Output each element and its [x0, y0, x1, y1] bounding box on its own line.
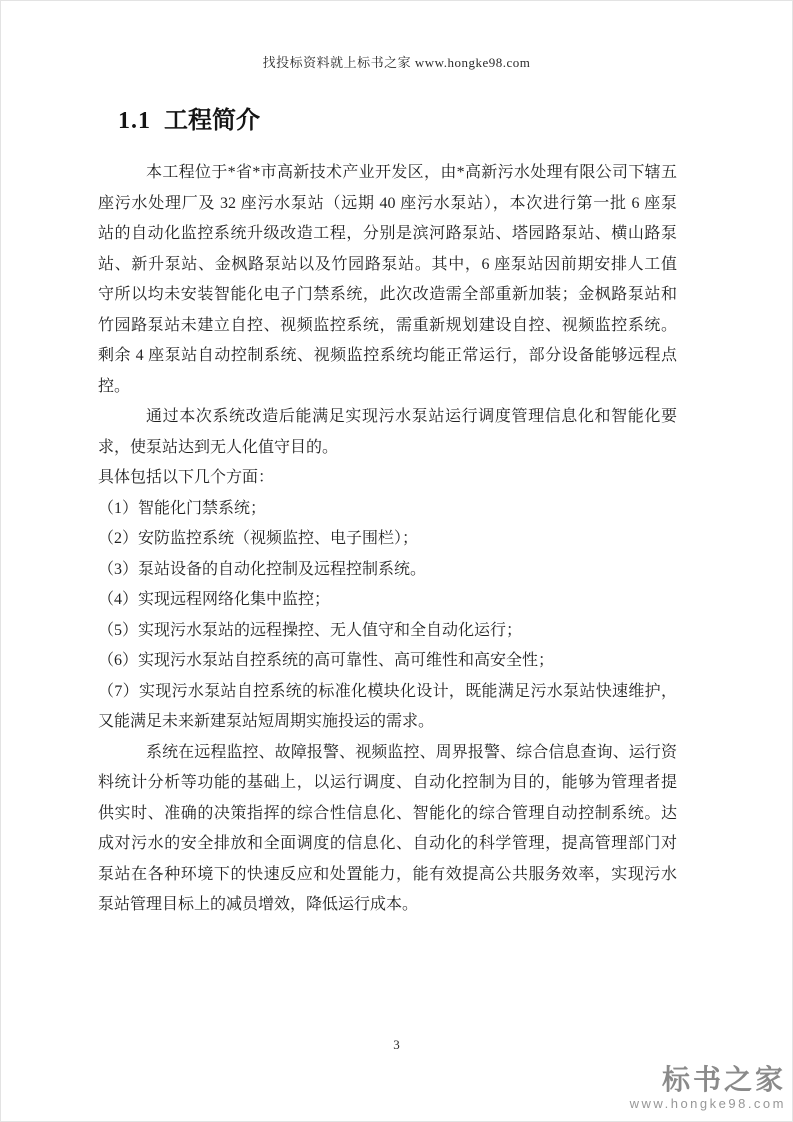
- section-heading: 1.1工程简介: [118, 100, 260, 135]
- body-line: 站、新升泵站、金枫路泵站以及竹园路泵站。其中，6 座泵站因前期安排人工值: [98, 250, 677, 281]
- body-line: 通过本次系统改造后能满足实现污水泵站运行调度管理信息化和智能化要: [98, 402, 677, 433]
- body-line: 剩余 4 座泵站自动控制系统、视频监控系统均能正常运行，部分设备能够远程点: [98, 341, 677, 372]
- body-line: （1）智能化门禁系统；: [98, 494, 677, 525]
- body-line: 系统在远程监控、故障报警、视频监控、周界报警、综合信息查询、运行资: [98, 738, 677, 769]
- body-line: 又能满足未来新建泵站短周期实施投运的需求。: [98, 707, 677, 738]
- body-text: 本工程位于*省*市高新技术产业开发区，由*高新污水处理有限公司下辖五座污水处理厂…: [98, 158, 677, 921]
- body-line: 座污水处理厂及 32 座污水泵站（远期 40 座污水泵站），本次进行第一批 6 …: [98, 189, 677, 220]
- body-line: 泵站管理目标上的减员增效，降低运行成本。: [98, 890, 677, 921]
- body-line: （6）实现污水泵站自控系统的高可靠性、高可维性和高安全性；: [98, 646, 677, 677]
- body-line: 求，使泵站达到无人化值守目的。: [98, 433, 677, 464]
- watermark: 标书之家 www.hongke98.com: [630, 1065, 786, 1111]
- body-line: 泵站在各种环境下的快速反应和处置能力，能有效提高公共服务效率，实现污水: [98, 860, 677, 891]
- body-line: 竹园路泵站未建立自控、视频监控系统，需重新规划建设自控、视频监控系统。: [98, 311, 677, 342]
- body-line: （3）泵站设备的自动化控制及远程控制系统。: [98, 555, 677, 586]
- body-line: 具体包括以下几个方面：: [98, 463, 677, 494]
- body-line: 控。: [98, 372, 677, 403]
- document-page: 找投标资料就上标书之家 www.hongke98.com 1.1工程简介 本工程…: [0, 0, 793, 1122]
- watermark-logo-text: 标书之家: [630, 1065, 786, 1094]
- body-line: 料统计分析等功能的基础上，以运行调度、自动化控制为目的，能够为管理者提: [98, 768, 677, 799]
- section-title-text: 工程简介: [164, 108, 260, 134]
- watermark-url: www.hongke98.com: [630, 1096, 786, 1111]
- body-line: （2）安防监控系统（视频监控、电子围栏）；: [98, 524, 677, 555]
- body-line: 本工程位于*省*市高新技术产业开发区，由*高新污水处理有限公司下辖五: [98, 158, 677, 189]
- body-line: 供实时、准确的决策指挥的综合性信息化、智能化的综合管理自动控制系统。达: [98, 799, 677, 830]
- body-line: （7）实现污水泵站自控系统的标准化模块化设计，既能满足污水泵站快速维护，: [98, 677, 677, 708]
- page-header-text: 找投标资料就上标书之家 www.hongke98.com: [1, 52, 792, 71]
- section-number: 1.1: [118, 108, 151, 134]
- body-line: 成对污水的安全排放和全面调度的信息化、自动化的科学管理，提高管理部门对: [98, 829, 677, 860]
- body-line: （4）实现远程网络化集中监控；: [98, 585, 677, 616]
- body-line: 站的自动化监控系统升级改造工程，分别是滨河路泵站、塔园路泵站、横山路泵: [98, 219, 677, 250]
- body-line: 守所以均未安装智能化电子门禁系统，此次改造需全部重新加装；金枫路泵站和: [98, 280, 677, 311]
- body-line: （5）实现污水泵站的远程操控、无人值守和全自动化运行；: [98, 616, 677, 647]
- page-number: 3: [1, 1037, 792, 1053]
